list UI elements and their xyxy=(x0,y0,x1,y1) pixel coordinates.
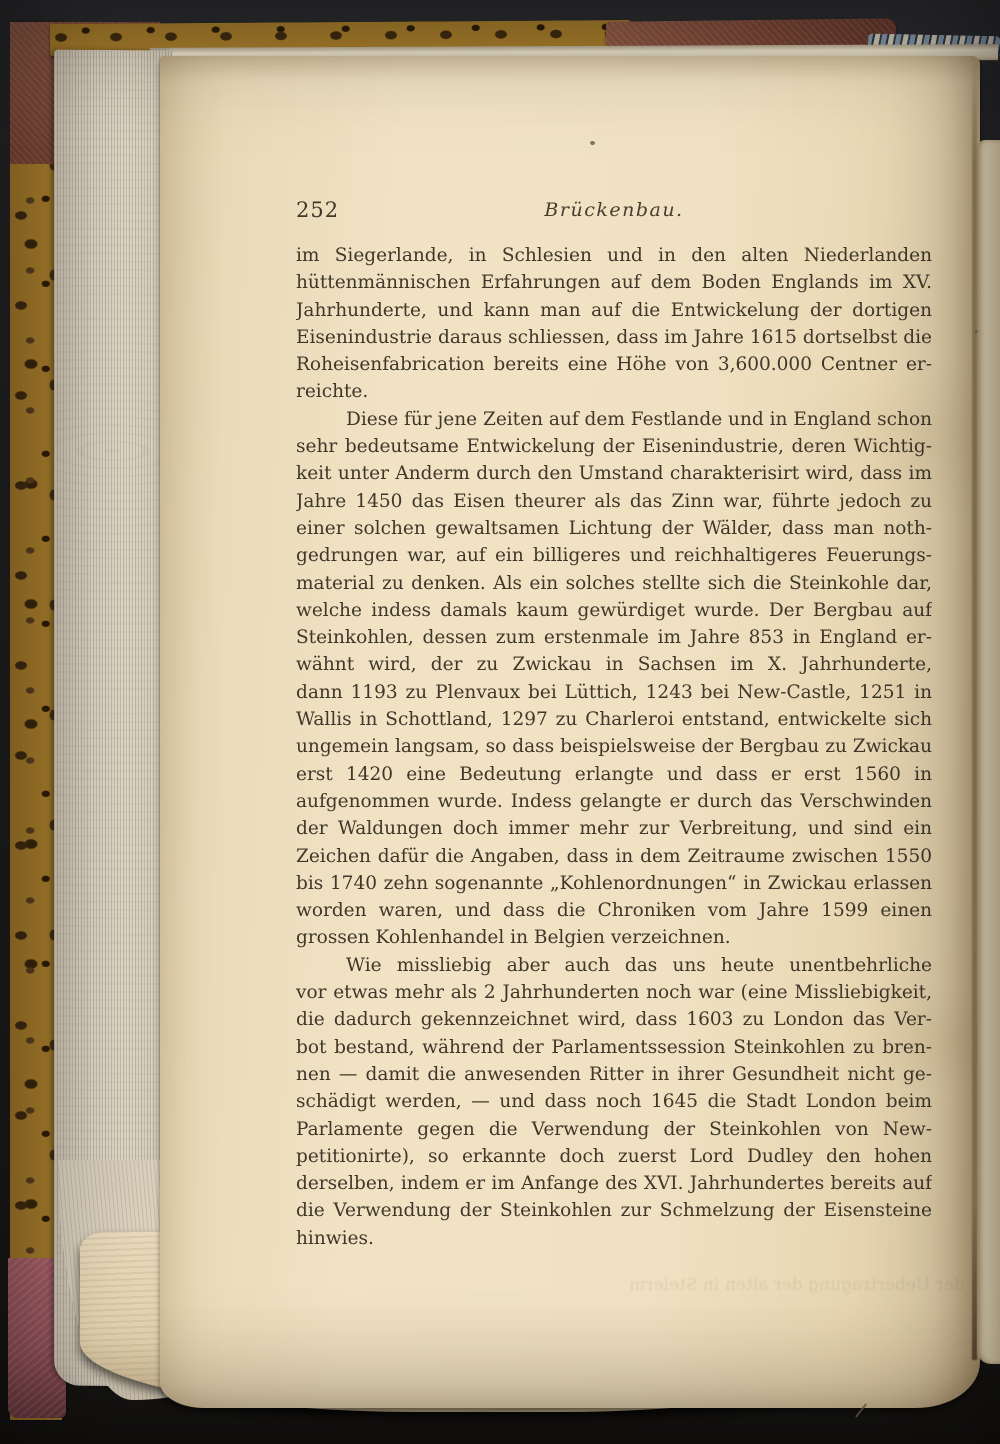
text-line: nen — damit die anwesenden Ritter in ihr… xyxy=(296,1061,932,1088)
text-line: schädigt werden, — und dass noch 1645 di… xyxy=(296,1088,932,1115)
text-line: Jahre 1450 das Eisen theurer als das Zin… xyxy=(296,488,932,515)
text-line: Diese für jene Zeiten auf dem Festlande … xyxy=(296,406,932,433)
text-line: Eisenindustrie daraus schliessen, dass i… xyxy=(296,324,932,351)
text-line: wähnt wird, der zu Zwickau in Sachsen im… xyxy=(296,651,932,678)
text-line: keit unter Anderm durch den Umstand char… xyxy=(296,460,932,487)
text-line: Zeichen dafür die Angaben, dass in dem Z… xyxy=(296,843,932,870)
page-header-row: 252 Brückenbau. xyxy=(296,196,932,226)
text-line: die Verwendung der Steinkohlen zur Schme… xyxy=(296,1197,932,1224)
text-line: im Siegerlande, in Schlesien und in den … xyxy=(296,242,932,269)
book-page: 252 Brückenbau. im Siegerlande, in Schle… xyxy=(160,56,980,1408)
text-line: hinwies. xyxy=(296,1225,932,1252)
text-line: material zu denken. Als ein solches stel… xyxy=(296,570,932,597)
text-line: aufgenommen wurde. Indess gelangte er du… xyxy=(296,788,932,815)
text-block: im Siegerlande, in Schlesien und in den … xyxy=(296,242,932,1252)
running-header: Brückenbau. xyxy=(296,199,932,221)
text-line: welche indess damals kaum gewürdiget wur… xyxy=(296,597,932,624)
hair-artifact xyxy=(855,1403,867,1418)
dust-speck xyxy=(975,330,978,333)
facing-page-sliver xyxy=(977,140,1000,1364)
text-line: Jahrhunderte, und kann man auf die Entwi… xyxy=(296,297,932,324)
text-line: hüttenmännischen Erfahrungen auf dem Bod… xyxy=(296,269,932,296)
text-line: gedrungen war, auf ein billigeres und re… xyxy=(296,542,932,569)
text-line: reichte. xyxy=(296,378,932,405)
text-line: grossen Kohlenhandel in Belgien verzeich… xyxy=(296,924,932,951)
text-line: ungemein langsam, so dass beispielsweise… xyxy=(296,733,932,760)
text-line: dann 1193 zu Plenvaux bei Lüttich, 1243 … xyxy=(296,679,932,706)
bleedthrough-text: jedoch erst mit der Uebertragung der alt… xyxy=(630,1275,1000,1295)
text-line: sehr bedeutsame Entwickelung der Eisenin… xyxy=(296,433,932,460)
text-line: worden waren, und dass die Chroniken vom… xyxy=(296,897,932,924)
text-line: bis 1740 zehn sogenannte „Kohlenordnunge… xyxy=(296,870,932,897)
text-line: erst 1420 eine Bedeutung erlangte und da… xyxy=(296,761,932,788)
text-line: die dadurch gekennzeichnet wird, dass 16… xyxy=(296,1006,932,1033)
text-line: bot bestand, während der Parlamentssessi… xyxy=(296,1034,932,1061)
text-line: petitionirte), so erkannte doch zuerst L… xyxy=(296,1143,932,1170)
text-line: vor etwas mehr als 2 Jahrhunderten noch … xyxy=(296,979,932,1006)
dust-speck xyxy=(590,141,595,145)
text-line: der Waldungen doch immer mehr zur Verbre… xyxy=(296,815,932,842)
text-line: Wallis in Schottland, 1297 zu Charleroi … xyxy=(296,706,932,733)
text-line: Parlamente gegen die Verwendung der Stei… xyxy=(296,1116,932,1143)
text-line: Roheisenfabrication bereits eine Höhe vo… xyxy=(296,351,932,378)
text-line: einer solchen gewaltsamen Lichtung der W… xyxy=(296,515,932,542)
text-line: Wie missliebig aber auch das uns heute u… xyxy=(296,952,932,979)
book-photo: 252 Brückenbau. im Siegerlande, in Schle… xyxy=(0,0,1000,1444)
text-line: derselben, indem er im Anfange des XVI. … xyxy=(296,1170,932,1197)
text-line: Steinkohlen, dessen zum erstenmale im Ja… xyxy=(296,624,932,651)
